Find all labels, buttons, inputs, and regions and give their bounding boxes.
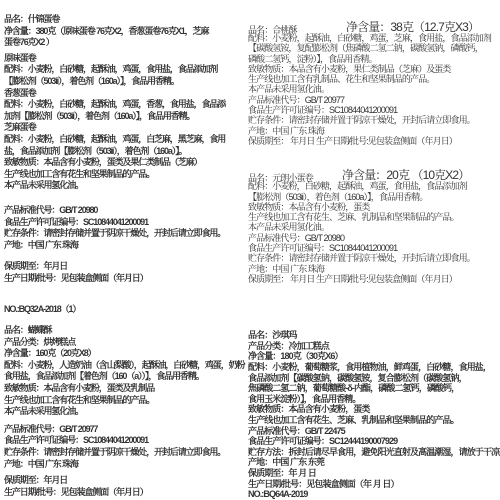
text-line: 贮存条件：请密封存储并置于阴凉干燥处，开封后请立即食用。 <box>248 115 500 125</box>
text-line: 蛋卷76克X2 ） <box>4 37 248 49</box>
text-line: 致敏物质：本品含有小麦粉，蛋类及果仁类制品（芝麻） <box>4 157 248 169</box>
text-line: 本产品未采用氢化油。 <box>4 406 248 418</box>
text-line: 【膨松剂（503ii），着色剂（160a）】，食品用香精。 <box>4 76 248 88</box>
text-line: 致敏物质：本品含有小麦粉，蛋类 <box>248 404 500 415</box>
text-line: 净含量：380克（原味蛋卷 76克X2，香葱蛋卷76克X1，芝麻 <box>4 26 248 38</box>
text-line: 致敏物质：本品含有小麦粉，蛋类 <box>248 202 500 212</box>
text-line: 本产品未采用氢化油。 <box>4 180 248 192</box>
text-line: 产品分类：冷加工糕点 <box>248 341 500 352</box>
text-line: 食品生产许可证编号：SC10844041200091 <box>4 435 248 447</box>
text-line: 磷酸二氢钙，淀粉）】，食品用香精。 <box>248 54 500 64</box>
text-line: 食品生产许可证编号：SC10844041200091 <box>248 243 500 253</box>
text-line: 产品标准代号：GB/T 22475 <box>248 426 500 437</box>
text-line: 产地：中国 广东 珠海 <box>4 459 248 471</box>
text-line: 产地：中国 广东 珠海 <box>4 240 248 252</box>
text-line: 食品添加剂【碳酸氢钠，碳酸氢铵，复合膨松剂（碳酸氢钠， <box>248 373 500 384</box>
product-body-lines: 原味蛋卷配料：小麦粉，白砂糖，起酥油，鸡蛋，食用盐，食品添加剂【膨松剂（503i… <box>4 53 248 192</box>
text-line: 配料：小麦粉，人造奶油（含山梨酸），起酥油，白砂糖，鸡蛋，奶粉 <box>4 360 248 372</box>
text-line: 焦磷酸二氢二钠，葡萄糖酸-δ-内酯，磷酸二氢钙，磷酸钙， <box>248 383 500 394</box>
product-body-lines: 配料：小麦粉，白砂糖，起酥油，鸡蛋，食用盐，食品添加剂【膨松剂（503ii），着… <box>248 181 500 284</box>
doc-number: NO.:BQ64A-2019 <box>248 489 500 500</box>
text-line: 生产线也加工含有花生和坚果制品的产品。 <box>4 169 248 181</box>
text-line: 本产品未采用氢化油。 <box>248 222 500 232</box>
text-line: 生产线也加工含有花生、芝麻、乳制品和坚果制品的产品。 <box>248 415 500 426</box>
text-line: 配料：小麦粉，葡萄糖浆，食用植物油，鲜鸡蛋，白砂糖，食用盐， <box>248 362 500 373</box>
text-line: 配料：小麦粉，白砂糖，起酥油，鸡蛋，香葱，食用盐，食品添 <box>4 99 248 111</box>
product-assorted-egg-roll: 品名：什锦蛋卷净含量：380克（原味蛋卷 76克X2，香葱蛋卷76克X1，芝麻蛋… <box>4 14 248 284</box>
text-line: 致敏物质：本品含有小麦粉，果仁类制品（芝麻）及蛋类 <box>248 64 500 74</box>
product-body-lines: 配料：小麦粉，起酥油，白砂糖，鸡蛋，芝麻，食用盐，食品添加剂【碳酸氢铵，复配膨松… <box>248 33 500 146</box>
text-line: 保质期至：年月日 <box>4 261 248 273</box>
text-line: 产品分类：烘烤糕点 <box>4 337 248 349</box>
text-line: 配料：小麦粉，白砂糖，起酥油，鸡蛋，白芝麻，黑芝麻，食用 <box>4 134 248 146</box>
text-line: 生产日期/批号：见包装盒侧面（年月日） <box>4 487 248 499</box>
text-line: 保质期至：年月日 <box>4 475 248 487</box>
text-line: 产地：中国 广东 东莞 <box>248 457 500 468</box>
text-line: 贮存条件：请密封存储并置于阴凉干燥处，开封后请立即食用。 <box>248 253 500 263</box>
product-standards-lines: 产品标准代号：GB/T 20977食品生产许可证编号：SC10844041200… <box>4 424 248 470</box>
text-line: 本产品未采用氢化油。 <box>248 84 500 94</box>
text-line: 食品生产许可证编号：SC10844041200091 <box>248 105 500 115</box>
text-line: 原味蛋卷 <box>4 53 248 65</box>
text-line: 【膨松剂（503ii），着色剂（160a）】，食品用香精。 <box>248 192 500 202</box>
right-column: 品名：合桃酥 净含量：38克（12.7克X3） 配料：小麦粉，起酥油，白砂糖，鸡… <box>248 20 500 500</box>
text-line: 生产线也加工含有花生、芝麻、乳制品和坚果制品的产品。 <box>248 212 500 222</box>
text-line: 芝麻蛋卷 <box>4 122 248 134</box>
product-header: 品名：元朗小蛋卷 净含量：20克 （10克X2） <box>248 168 500 181</box>
text-line: 产品标准代号：GB/T 20980 <box>4 205 248 217</box>
text-line: 加剂【膨松剂（503ii），着色剂（160a）】，食品用香精。 <box>4 111 248 123</box>
text-line: 食品生产许可证编号：SC12444190007929 <box>248 436 500 447</box>
text-line: 品名：沙琪玛 <box>248 330 500 341</box>
text-line: 致敏物质：本品含有小麦粉，蛋类及乳制品 <box>4 383 248 395</box>
text-line: 【碳酸氢铵，复配膨松剂（焦磷酸二氢二钠，碳酸氢钠，磷酸钙， <box>248 43 500 53</box>
product-standards-lines: 产品标准代号：GB/T 20980食品生产许可证编号：SC10844041200… <box>4 205 248 251</box>
text-line: 净含量：180克（30克X6） <box>248 351 500 362</box>
text-line: 盐，食品添加剂【膨松剂（503ii），着色剂（160a）】。 <box>4 146 248 158</box>
text-line: 生产线也加工含有乳制品、花生和坚果制品的产品。 <box>248 74 500 84</box>
product-header-lines: 品名：什锦蛋卷净含量：380克（原味蛋卷 76克X2，香葱蛋卷76克X1，芝麻蛋… <box>4 14 248 49</box>
text-line: 配料：小麦粉，白砂糖，起酥油，鸡蛋，食用盐，食品添加剂 <box>4 64 248 76</box>
product-date-lines: 保质期至：年月日生产日期/批号：见包装盒侧面（年月日） <box>4 261 248 284</box>
text-line: 净含量：160克（20克X8） <box>4 348 248 360</box>
left-column: 品名：什锦蛋卷净含量：380克（原味蛋卷 76克X2，香葱蛋卷76克X1，芝麻蛋… <box>4 14 248 498</box>
text-line: 生产日期/批号：见包装盒侧面（年月日） <box>4 273 248 285</box>
text-line: 保质期至： 年月日 生产日期/批号:见包装盒侧面（年月日） <box>248 274 500 284</box>
product-name: 品名：合桃酥 <box>248 25 297 35</box>
net-content: 净含量：20克 （10克X2） <box>342 166 469 183</box>
text-line: 保质期至： 年月日 生产日期/批号:见包装盒侧面（年月日） <box>248 136 500 146</box>
text-line: 贮存条件：请密封存储并置于阴凉干燥处，开封后请立即食用。 <box>4 447 248 459</box>
product-sachima: 品名：沙琪玛产品分类：冷加工糕点净含量：180克（30克X6）配料：小麦粉，葡萄… <box>248 330 500 500</box>
label-sheet: 品名：什锦蛋卷净含量：380克（原味蛋卷 76克X2，香葱蛋卷76克X1，芝麻蛋… <box>0 0 500 500</box>
product-header: 品名：合桃酥 净含量：38克（12.7克X3） <box>248 20 500 33</box>
doc-number: NO.:BQ32A-2018（1） <box>4 304 248 316</box>
text-line: 保质期至：年 月 日 <box>248 468 500 479</box>
text-line: 产地：中国 广东 珠海 <box>248 264 500 274</box>
text-line: 生产线也加工含有花生和坚果制品的产品。 <box>4 395 248 407</box>
product-yuen-long-egg-roll: 品名：元朗小蛋卷 净含量：20克 （10克X2） 配料：小麦粉，白砂糖，起酥油，… <box>248 168 500 284</box>
net-content: 净含量：38克（12.7克X3） <box>346 18 479 35</box>
product-body-lines: 品名：沙琪玛产品分类：冷加工糕点净含量：180克（30克X6）配料：小麦粉，葡萄… <box>248 330 500 489</box>
text-line: 品名：蝴蝶酥 <box>4 325 248 337</box>
text-line: 食用盐，食品添加剂【着色剂（160（a））】，食品用香精。 <box>4 371 248 383</box>
text-line: 产品标准代号：GB/T 20977 <box>4 424 248 436</box>
product-date-lines: 保质期至：年月日生产日期/批号：见包装盒侧面（年月日） <box>4 475 248 498</box>
text-line: 贮存条件：请密封存储并置于阴凉干燥处，开封后请立即食用。 <box>4 228 248 240</box>
text-line: 生产日期/批号：见包装盒侧面（年 月 日） <box>248 479 500 490</box>
text-line: 品名：什锦蛋卷 <box>4 14 248 26</box>
product-butterfly-pastry: 品名：蝴蝶酥产品分类：烘烤糕点净含量：160克（20克X8）配料：小麦粉，人造奶… <box>4 325 248 498</box>
text-line: 香葱蛋卷 <box>4 88 248 100</box>
text-line: 产品标准代号：GB/T 20977 <box>248 95 500 105</box>
text-line: 食用玉米淀粉）】，食品用香精。 <box>248 394 500 405</box>
text-line: 产品标准代号：GB/T 20980 <box>248 233 500 243</box>
product-name: 品名：元朗小蛋卷 <box>248 173 313 183</box>
text-line: 食品生产许可证编号：SC10844041200091 <box>4 217 248 229</box>
doc-number-block: NO.:BQ32A-2018（1） <box>4 304 248 316</box>
text-line: 产地：中国 广东 珠海 <box>248 126 500 136</box>
product-walnut-cookie: 品名：合桃酥 净含量：38克（12.7克X3） 配料：小麦粉，起酥油，白砂糖，鸡… <box>248 20 500 146</box>
product-body-lines: 品名：蝴蝶酥产品分类：烘烤糕点净含量：160克（20克X8）配料：小麦粉，人造奶… <box>4 325 248 418</box>
text-line: 贮存方法：拆封后请尽早食用，避免阳光直射及高温潮湿，请放于干凉处 <box>248 447 500 458</box>
